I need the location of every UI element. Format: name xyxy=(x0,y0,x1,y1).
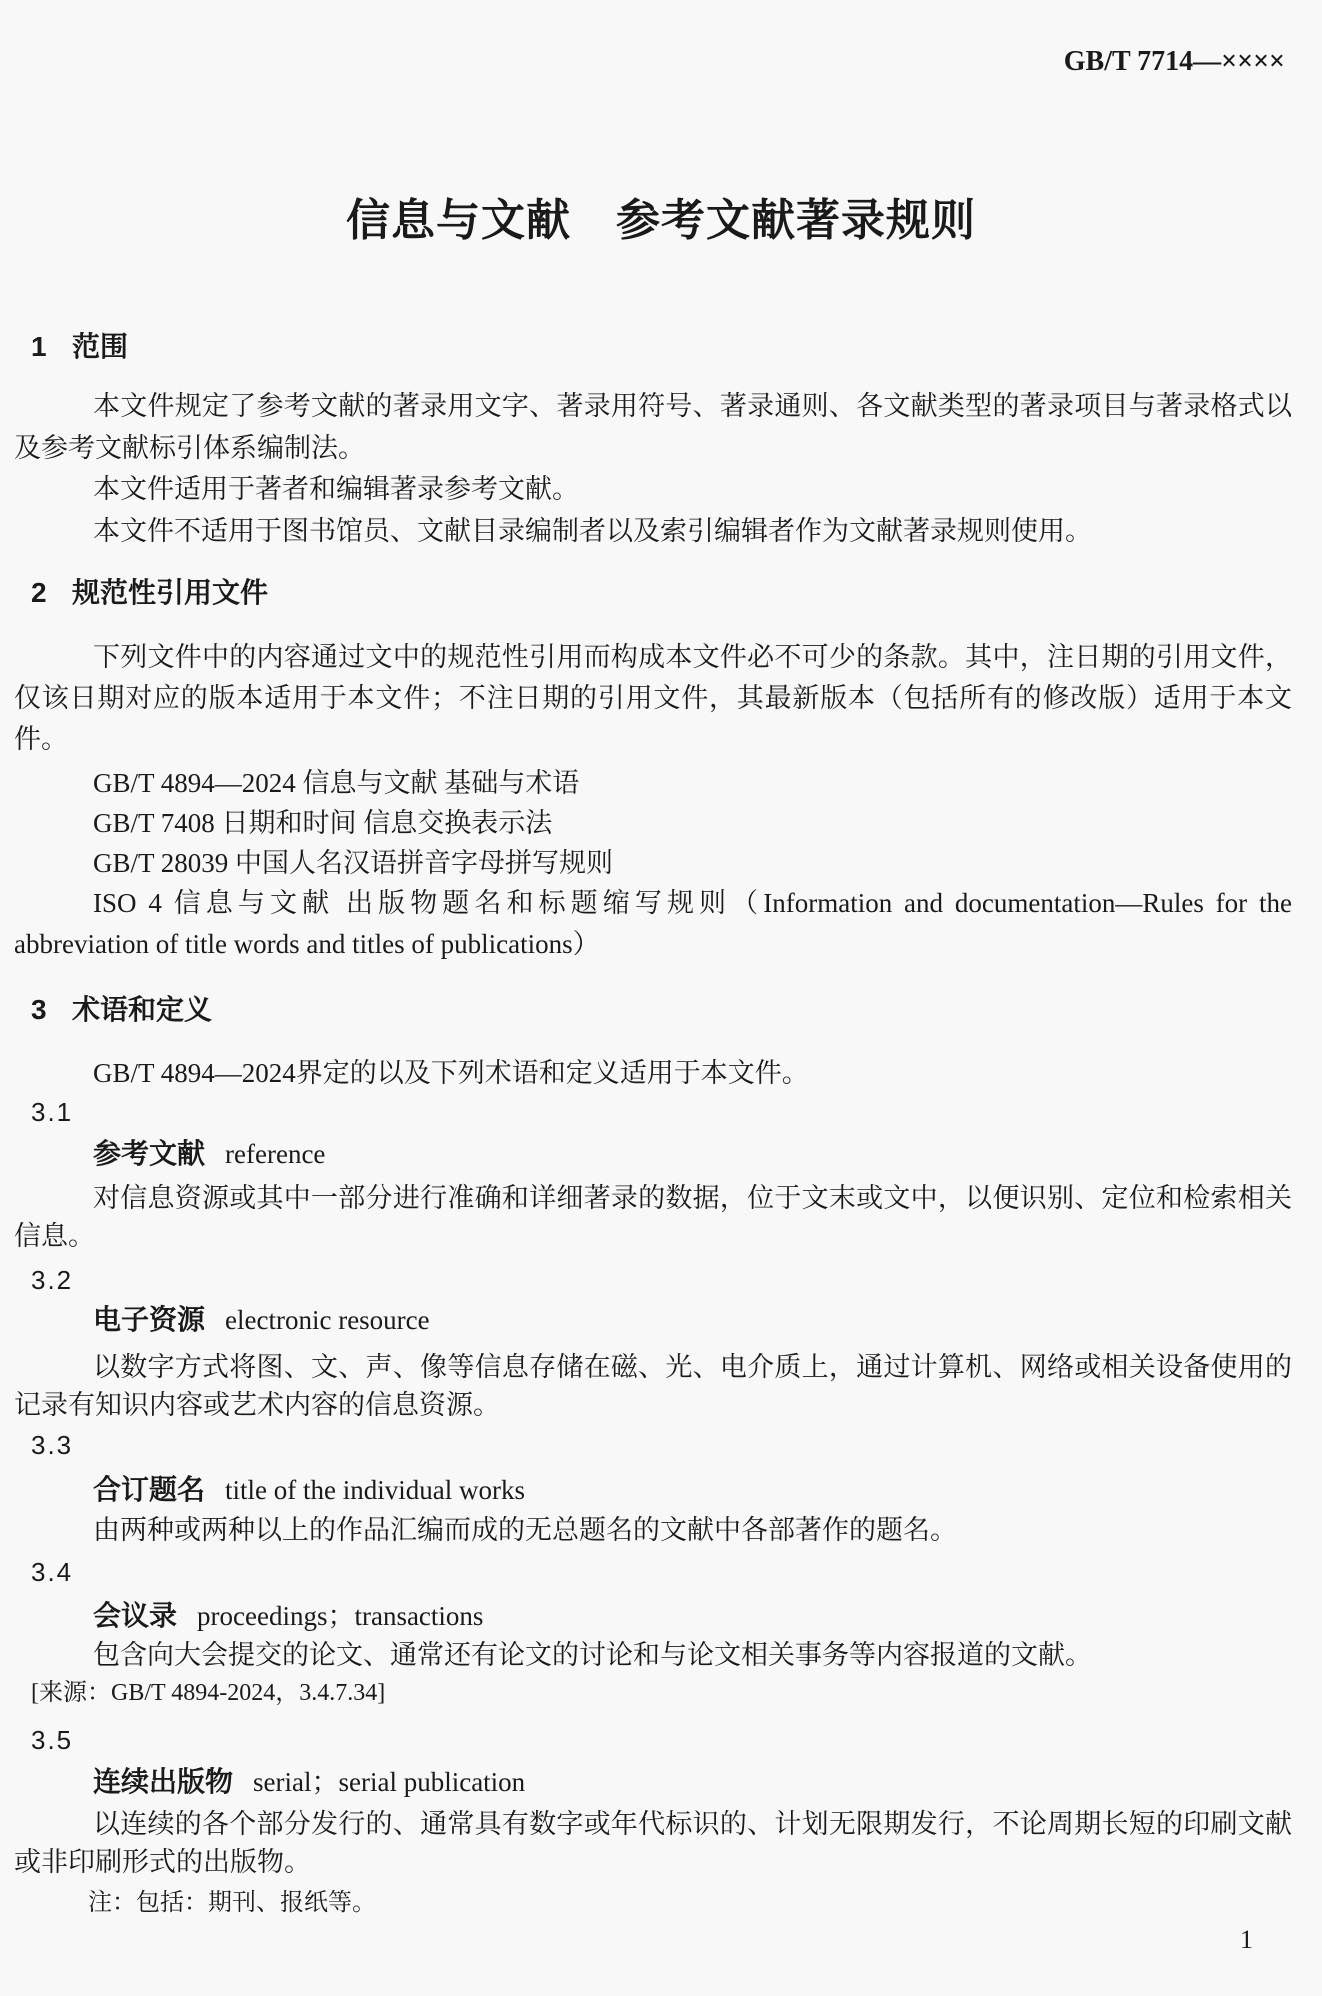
term-zh: 会议录 xyxy=(93,1600,177,1631)
clause-3-title: 术语和定义 xyxy=(72,994,212,1025)
term-en: proceedings；transactions xyxy=(197,1601,483,1631)
standard-code: GB/T 7714—×××× xyxy=(1064,46,1285,78)
term-en: title of the individual works xyxy=(225,1475,525,1505)
clause-1-paragraph-2: 本文件适用于著者和编辑著录参考文献。 xyxy=(14,468,1292,510)
clause-3-number: 3 xyxy=(31,992,72,1028)
term-number-3-1: 3.1 xyxy=(31,1092,73,1132)
term-definition-3-2: 以数字方式将图、文、声、像等信息存储在磁、光、电介质上，通过计算机、网络或相关设… xyxy=(14,1348,1292,1424)
term-en: reference xyxy=(225,1139,325,1169)
term-zh: 合订题名 xyxy=(93,1474,205,1505)
reference-list-item: GB/T 7408 日期和时间 信息交换表示法 xyxy=(93,803,1292,844)
reference-list-item: GB/T 28039 中国人名汉语拼音字母拼写规则 xyxy=(93,843,1292,884)
term-number-3-2: 3.2 xyxy=(31,1260,73,1300)
document-page: GB/T 7714—×××× 信息与文献 参考文献著录规则 1范围 本文件规定了… xyxy=(0,0,1322,1996)
clause-1-paragraph-1: 本文件规定了参考文献的著录用文字、著录用符号、著录通则、各文献类型的著录项目与著… xyxy=(14,385,1292,469)
source-note: [来源：GB/T 4894-2024，3.4.7.34] xyxy=(31,1674,385,1712)
page-number: 1 xyxy=(1240,1925,1253,1955)
term-zh: 连续出版物 xyxy=(93,1766,233,1797)
term-en: serial；serial publication xyxy=(253,1767,525,1797)
term-definition-3-5: 以连续的各个部分发行的、通常具有数字或年代标识的、计划无限期发行，不论周期长短的… xyxy=(14,1805,1292,1881)
document-title: 信息与文献 参考文献著录规则 xyxy=(0,197,1322,245)
clause-3-heading: 3术语和定义 xyxy=(31,992,212,1028)
reference-list-item: ISO 4 信息与文献 出版物题名和标题缩写规则（Information and… xyxy=(14,883,1292,965)
clause-3-intro-paragraph: GB/T 4894—2024界定的以及下列术语和定义适用于本文件。 xyxy=(14,1052,1292,1094)
term-number-3-3: 3.3 xyxy=(31,1425,73,1465)
clause-1-number: 1 xyxy=(31,329,72,365)
term-definition-3-4: 包含向大会提交的论文、通常还有论文的讨论和与论文相关事务等内容报道的文献。 xyxy=(14,1636,1292,1674)
term-en: electronic resource xyxy=(225,1305,430,1335)
term-entry-3-3: 合订题名title of the individual works xyxy=(93,1470,525,1515)
term-entry-3-4: 会议录proceedings；transactions xyxy=(93,1596,483,1641)
clause-2-intro-paragraph: 下列文件中的内容通过文中的规范性引用而构成本文件必不可少的条款。其中，注日期的引… xyxy=(14,637,1292,760)
clause-1-heading: 1范围 xyxy=(31,329,128,365)
term-zh: 参考文献 xyxy=(93,1138,205,1169)
clause-1-title: 范围 xyxy=(72,331,128,362)
term-entry-3-2: 电子资源electronic resource xyxy=(93,1300,430,1345)
clause-2-title: 规范性引用文件 xyxy=(72,577,268,608)
term-entry-3-1: 参考文献reference xyxy=(93,1134,325,1179)
term-number-3-4: 3.4 xyxy=(31,1552,73,1592)
term-entry-3-5: 连续出版物serial；serial publication xyxy=(93,1762,525,1807)
term-definition-3-1: 对信息资源或其中一部分进行准确和详细著录的数据，位于文末或文中，以便识别、定位和… xyxy=(14,1179,1292,1255)
term-zh: 电子资源 xyxy=(93,1304,205,1335)
clause-2-number: 2 xyxy=(31,575,72,611)
term-definition-3-3: 由两种或两种以上的作品汇编而成的无总题名的文献中各部著作的题名。 xyxy=(14,1511,1292,1549)
reference-list-item: GB/T 4894—2024 信息与文献 基础与术语 xyxy=(93,763,1292,804)
term-note: 注：包括：期刊、报纸等。 xyxy=(88,1888,376,1918)
clause-1-paragraph-3: 本文件不适用于图书馆员、文献目录编制者以及索引编辑者作为文献著录规则使用。 xyxy=(14,510,1292,552)
clause-2-heading: 2规范性引用文件 xyxy=(31,575,268,611)
term-number-3-5: 3.5 xyxy=(31,1720,73,1760)
